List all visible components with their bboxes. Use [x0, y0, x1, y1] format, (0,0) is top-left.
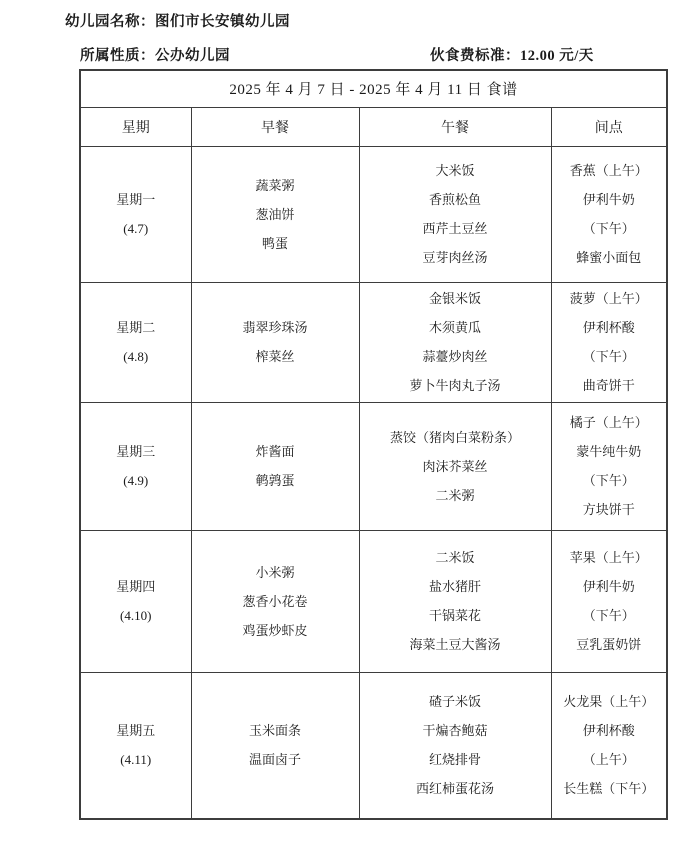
menu-item: 海菜土豆大酱汤 — [409, 630, 500, 659]
column-header-lunch: 午餐 — [359, 107, 551, 146]
day-label: 星期二 — [116, 313, 155, 342]
day-date: (4.11) — [120, 745, 151, 774]
menu-header-row: 星期 早餐 午餐 间点 — [80, 107, 667, 146]
menu-row: 星期二(4.8)翡翠珍珠汤榨菜丝金银米饭木须黄瓜蒜薹炒肉丝萝卜牛肉丸子汤菠萝（上… — [80, 282, 667, 402]
menu-item: 蒙牛纯牛奶 — [576, 437, 641, 466]
lunch-cell: 蒸饺（猪肉白菜粉条）肉沫芥菜丝二米粥 — [359, 402, 551, 530]
menu-item: 火龙果（上午） — [563, 687, 654, 716]
day-date: (4.9) — [123, 466, 148, 495]
breakfast-cell-lines: 小米粥葱香小花卷鸡蛋炒虾皮 — [192, 558, 359, 645]
menu-item: （下午） — [583, 601, 635, 630]
breakfast-cell: 小米粥葱香小花卷鸡蛋炒虾皮 — [191, 530, 359, 672]
day-label: 星期五 — [116, 716, 155, 745]
breakfast-cell: 玉米面条温面卤子 — [191, 672, 359, 819]
menu-item: 盐水猪肝 — [429, 572, 481, 601]
lunch-cell-lines: 二米饭盐水猪肝干锅菜花海菜土豆大酱汤 — [360, 543, 551, 659]
menu-item: 木须黄瓜 — [429, 313, 481, 342]
menu-item: 金银米饭 — [429, 284, 481, 313]
lunch-cell: 二米饭盐水猪肝干锅菜花海菜土豆大酱汤 — [359, 530, 551, 672]
day-cell: 星期二(4.8) — [80, 282, 191, 402]
menu-item: （上午） — [583, 745, 635, 774]
snack-cell: 橘子（上午）蒙牛纯牛奶（下午）方块饼干 — [551, 402, 667, 530]
menu-item: 碴子米饭 — [429, 687, 481, 716]
day-label: 星期四 — [116, 572, 155, 601]
menu-row: 星期三(4.9)炸酱面鹌鹑蛋蒸饺（猪肉白菜粉条）肉沫芥菜丝二米粥橘子（上午）蒙牛… — [80, 402, 667, 530]
menu-item: 蒜薹炒肉丝 — [422, 342, 487, 371]
menu-item: 大米饭 — [435, 156, 474, 185]
lunch-cell-lines: 蒸饺（猪肉白菜粉条）肉沫芥菜丝二米粥 — [360, 423, 551, 510]
breakfast-cell: 蔬菜粥葱油饼鸭蛋 — [191, 146, 359, 282]
column-header-breakfast: 早餐 — [191, 107, 359, 146]
menu-title: 2025 年 4 月 7 日 - 2025 年 4 月 11 日 食谱 — [80, 70, 667, 107]
menu-title-row: 2025 年 4 月 7 日 - 2025 年 4 月 11 日 食谱 — [80, 70, 667, 107]
day-cell: 星期四(4.10) — [80, 530, 191, 672]
menu-item: 干煸杏鲍菇 — [422, 716, 487, 745]
menu-item: 炸酱面 — [255, 437, 294, 466]
menu-item: 蜂蜜小面包 — [576, 243, 641, 272]
day-lines: 星期四(4.10) — [81, 572, 191, 630]
breakfast-cell: 炸酱面鹌鹑蛋 — [191, 402, 359, 530]
snack-cell: 香蕉（上午）伊利牛奶（下午）蜂蜜小面包 — [551, 146, 667, 282]
menu-item: 香蕉（上午） — [570, 156, 648, 185]
weekly-menu-table: 2025 年 4 月 7 日 - 2025 年 4 月 11 日 食谱 星期 早… — [79, 69, 668, 820]
menu-item: 玉米面条 — [249, 716, 301, 745]
lunch-cell-lines: 大米饭香煎松鱼西芹土豆丝豆芽肉丝汤 — [360, 156, 551, 272]
menu-row: 星期四(4.10)小米粥葱香小花卷鸡蛋炒虾皮二米饭盐水猪肝干锅菜花海菜土豆大酱汤… — [80, 530, 667, 672]
menu-item: 榨菜丝 — [255, 342, 294, 371]
menu-item: 长生糕（下午） — [563, 774, 654, 803]
snack-cell-lines: 火龙果（上午）伊利杯酸（上午）长生糕（下午） — [552, 687, 667, 803]
breakfast-cell-lines: 炸酱面鹌鹑蛋 — [192, 437, 359, 495]
menu-item: 干锅菜花 — [429, 601, 481, 630]
menu-item: 红烧排骨 — [429, 745, 481, 774]
column-header-snack: 间点 — [551, 107, 667, 146]
menu-item: 伊利牛奶 — [583, 185, 635, 214]
meal-fee-value: 12.00 元/天 — [520, 48, 594, 64]
day-label: 星期一 — [116, 185, 155, 214]
day-cell: 星期五(4.11) — [80, 672, 191, 819]
menu-item: 温面卤子 — [249, 745, 301, 774]
menu-item: 二米粥 — [435, 481, 474, 510]
menu-item: 葱油饼 — [255, 200, 294, 229]
kindergarten-name-line: 幼儿园名称：图们市长安镇幼儿园 — [65, 10, 290, 31]
day-cell: 星期一(4.7) — [80, 146, 191, 282]
menu-item: 二米饭 — [435, 543, 474, 572]
lunch-cell-lines: 碴子米饭干煸杏鲍菇红烧排骨西红柿蛋花汤 — [360, 687, 551, 803]
lunch-cell: 碴子米饭干煸杏鲍菇红烧排骨西红柿蛋花汤 — [359, 672, 551, 819]
menu-item: 橘子（上午） — [570, 408, 648, 437]
snack-cell-lines: 香蕉（上午）伊利牛奶（下午）蜂蜜小面包 — [552, 156, 667, 272]
menu-body: 星期一(4.7)蔬菜粥葱油饼鸭蛋大米饭香煎松鱼西芹土豆丝豆芽肉丝汤香蕉（上午）伊… — [80, 146, 667, 819]
ownership-type-line: 所属性质：公办幼儿园 — [80, 44, 230, 65]
day-lines: 星期二(4.8) — [81, 313, 191, 371]
menu-item: 曲奇饼干 — [583, 371, 635, 400]
menu-item: （下午） — [583, 466, 635, 495]
day-date: (4.10) — [120, 601, 151, 630]
menu-item: 豆芽肉丝汤 — [422, 243, 487, 272]
menu-row: 星期五(4.11)玉米面条温面卤子碴子米饭干煸杏鲍菇红烧排骨西红柿蛋花汤火龙果（… — [80, 672, 667, 819]
menu-item: 伊利牛奶 — [583, 572, 635, 601]
menu-item: 鸡蛋炒虾皮 — [242, 616, 307, 645]
snack-cell: 菠萝（上午）伊利杯酸（下午）曲奇饼干 — [551, 282, 667, 402]
menu-item: 鹌鹑蛋 — [255, 466, 294, 495]
snack-cell-lines: 橘子（上午）蒙牛纯牛奶（下午）方块饼干 — [552, 408, 667, 524]
breakfast-cell-lines: 翡翠珍珠汤榨菜丝 — [192, 313, 359, 371]
snack-cell: 苹果（上午）伊利牛奶（下午）豆乳蛋奶饼 — [551, 530, 667, 672]
menu-item: 伊利杯酸 — [583, 313, 635, 342]
day-date: (4.7) — [123, 214, 148, 243]
breakfast-cell: 翡翠珍珠汤榨菜丝 — [191, 282, 359, 402]
menu-row: 星期一(4.7)蔬菜粥葱油饼鸭蛋大米饭香煎松鱼西芹土豆丝豆芽肉丝汤香蕉（上午）伊… — [80, 146, 667, 282]
menu-item: 蒸饺（猪肉白菜粉条） — [390, 423, 520, 452]
menu-item: 豆乳蛋奶饼 — [576, 630, 641, 659]
menu-item: 葱香小花卷 — [242, 587, 307, 616]
lunch-cell: 金银米饭木须黄瓜蒜薹炒肉丝萝卜牛肉丸子汤 — [359, 282, 551, 402]
menu-item: 西红柿蛋花汤 — [416, 774, 494, 803]
menu-item: 肉沫芥菜丝 — [422, 452, 487, 481]
breakfast-cell-lines: 蔬菜粥葱油饼鸭蛋 — [192, 171, 359, 258]
menu-item: （下午） — [583, 214, 635, 243]
menu-item: 翡翠珍珠汤 — [242, 313, 307, 342]
snack-cell-lines: 苹果（上午）伊利牛奶（下午）豆乳蛋奶饼 — [552, 543, 667, 659]
lunch-cell-lines: 金银米饭木须黄瓜蒜薹炒肉丝萝卜牛肉丸子汤 — [360, 284, 551, 400]
menu-item: 香煎松鱼 — [429, 185, 481, 214]
snack-cell: 火龙果（上午）伊利杯酸（上午）长生糕（下午） — [551, 672, 667, 819]
menu-item: 鸭蛋 — [262, 229, 288, 258]
menu-item: 西芹土豆丝 — [422, 214, 487, 243]
menu-item: 小米粥 — [255, 558, 294, 587]
day-lines: 星期三(4.9) — [81, 437, 191, 495]
day-label: 星期三 — [116, 437, 155, 466]
day-cell: 星期三(4.9) — [80, 402, 191, 530]
menu-item: 苹果（上午） — [570, 543, 648, 572]
menu-item: 蔬菜粥 — [255, 171, 294, 200]
meal-fee-line: 伙食费标准：12.00 元/天 — [430, 44, 594, 65]
meal-fee-label: 伙食费标准： — [430, 48, 520, 64]
menu-item: 萝卜牛肉丸子汤 — [409, 371, 500, 400]
menu-item: 方块饼干 — [583, 495, 635, 524]
column-header-week: 星期 — [80, 107, 191, 146]
breakfast-cell-lines: 玉米面条温面卤子 — [192, 716, 359, 774]
menu-item: 伊利杯酸 — [583, 716, 635, 745]
day-lines: 星期五(4.11) — [81, 716, 191, 774]
snack-cell-lines: 菠萝（上午）伊利杯酸（下午）曲奇饼干 — [552, 284, 667, 400]
lunch-cell: 大米饭香煎松鱼西芹土豆丝豆芽肉丝汤 — [359, 146, 551, 282]
menu-item: 菠萝（上午） — [570, 284, 648, 313]
day-lines: 星期一(4.7) — [81, 185, 191, 243]
day-date: (4.8) — [123, 342, 148, 371]
menu-item: （下午） — [583, 342, 635, 371]
